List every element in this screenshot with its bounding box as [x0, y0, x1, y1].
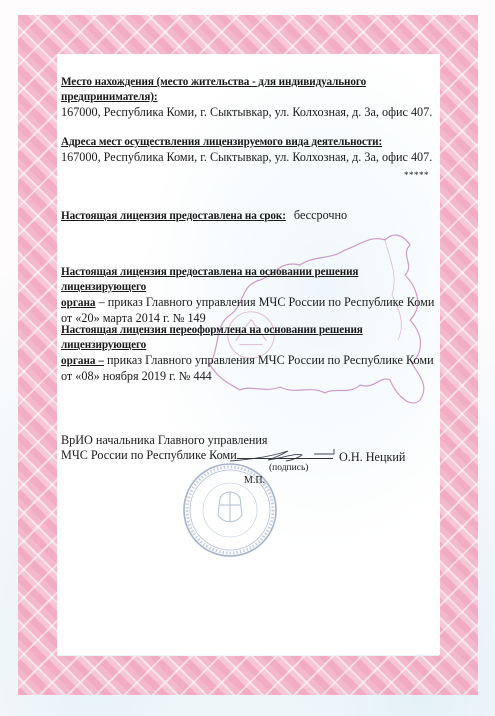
location-section: Место нахождения (место жительства - для…	[61, 75, 441, 120]
activity-address-value: 167000, Республика Коми, г. Сыктывкар, у…	[61, 150, 441, 165]
location-heading: Место нахождения (место жительства - для…	[61, 75, 441, 105]
signature-line	[237, 458, 333, 459]
reissued-basis-date: от «08» ноября 2019 г. № 444	[61, 369, 441, 384]
signature-caption: (подпись)	[269, 461, 308, 476]
activity-address-section: Адреса мест осуществления лицензируемого…	[61, 135, 441, 165]
signature-block: ВрИО начальника Главного управления МЧС …	[61, 433, 441, 463]
term-value: бессрочно	[294, 208, 347, 222]
granted-basis-organ: органа	[61, 297, 96, 309]
granted-basis-order: – приказ Главного управления МЧС России …	[96, 295, 435, 309]
activity-address-heading: Адреса мест осуществления лицензируемого…	[61, 135, 441, 150]
term-section: Настоящая лицензия предоставлена на срок…	[61, 208, 441, 224]
section-separator: *****	[49, 168, 429, 183]
location-value: 167000, Республика Коми, г. Сыктывкар, у…	[61, 105, 441, 120]
granted-basis-heading: Настоящая лицензия предоставлена на осно…	[61, 265, 441, 295]
signer-name: О.Н. Нецкий	[339, 450, 405, 465]
granted-basis-section: Настоящая лицензия предоставлена на осно…	[61, 265, 441, 326]
reissued-basis-section: Настоящая лицензия переоформлена на осно…	[61, 323, 441, 384]
term-heading: Настоящая лицензия предоставлена на срок…	[61, 210, 286, 222]
stamp-caption: М.П.	[244, 473, 265, 488]
reissued-basis-order: приказ Главного управления МЧС России по…	[104, 353, 434, 367]
reissued-basis-heading: Настоящая лицензия переоформлена на осно…	[61, 323, 441, 353]
document-page: Место нахождения (место жительства - для…	[0, 0, 495, 716]
reissued-basis-organ: органа –	[61, 355, 104, 367]
